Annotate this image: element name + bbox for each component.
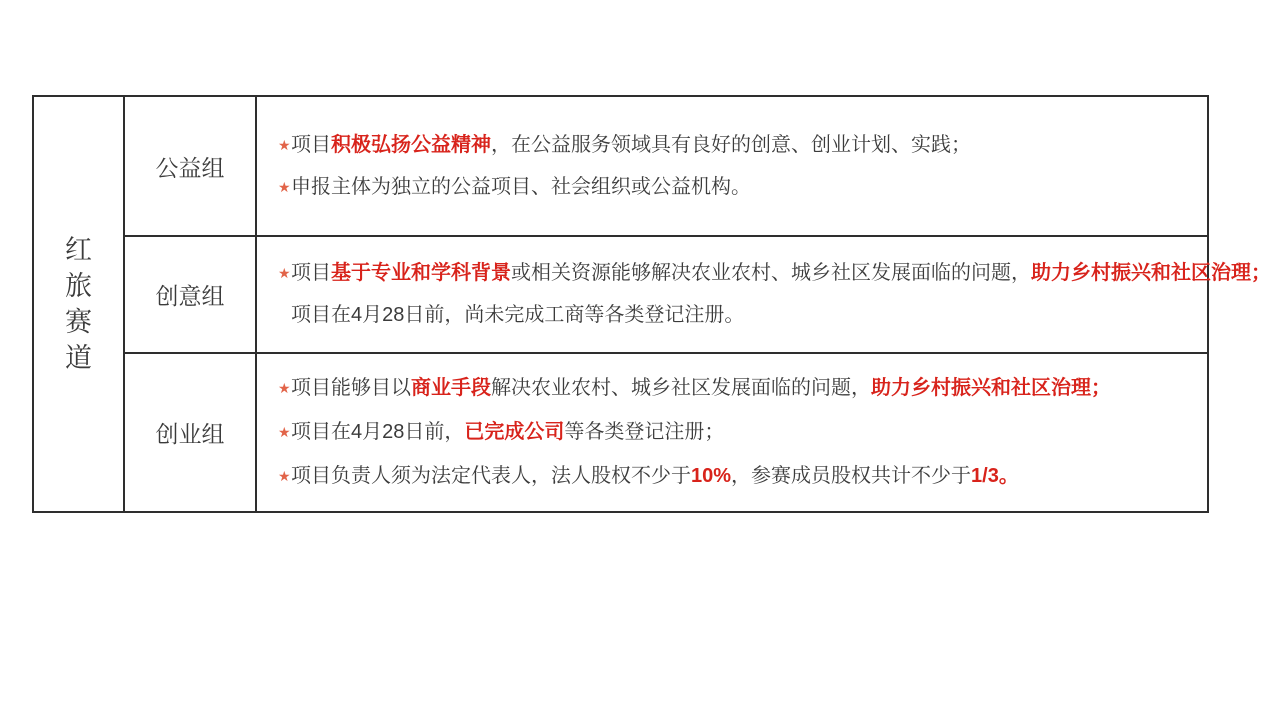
star-icon: ★: [278, 377, 291, 400]
track-char: 赛: [65, 308, 92, 336]
text-segment: 项目: [291, 262, 331, 284]
text-segment: 或相关资源能够解决农业农村、城乡社区发展面临的问题，: [511, 262, 1031, 284]
criteria-line: ★申报主体为独立的公益项目、社会组织或公益机构。: [278, 176, 1195, 199]
table-row: 红 旅 赛 道 公益组 ★项目积极弘扬公益精神，在公益服务领域具有良好的创意、创…: [33, 96, 1208, 236]
table-row: 创业组 ★项目能够目以商业手段解决农业农村、城乡社区发展面临的问题，助力乡村振兴…: [33, 353, 1208, 512]
text-segment: 项目在4月28日前，: [291, 421, 464, 443]
text-segment: 项目负责人须为法定代表人，法人股权不少于: [291, 465, 691, 487]
text-segment: 项目: [291, 134, 331, 156]
criteria-cell-chuangyi: ★项目基于专业和学科背景或相关资源能够解决农业农村、城乡社区发展面临的问题，助力…: [256, 236, 1208, 353]
highlight-segment: 积极弘扬公益精神: [331, 134, 491, 156]
track-char: 红: [65, 236, 92, 264]
criteria-list: ★项目基于专业和学科背景或相关资源能够解决农业农村、城乡社区发展面临的问题，助力…: [278, 262, 1195, 327]
star-icon: ★: [278, 134, 291, 157]
text-segment: 项目在4月28日前，尚未完成工商等各类登记注册。: [291, 304, 744, 326]
criteria-line: ★项目积极弘扬公益精神，在公益服务领域具有良好的创意、创业计划、实践；: [278, 134, 1195, 157]
group-label: 公益组: [156, 155, 225, 181]
star-icon: ★: [278, 176, 291, 199]
track-rules-table: 红 旅 赛 道 公益组 ★项目积极弘扬公益精神，在公益服务领域具有良好的创意、创…: [32, 95, 1209, 513]
criteria-line: ★项目能够目以商业手段解决农业农村、城乡社区发展面临的问题，助力乡村振兴和社区治…: [278, 377, 1195, 400]
star-icon: ★: [278, 262, 291, 285]
criteria-cell-gongyi: ★项目积极弘扬公益精神，在公益服务领域具有良好的创意、创业计划、实践； ★申报主…: [256, 96, 1208, 236]
group-label: 创业组: [156, 421, 225, 447]
criteria-line: ★项目在4月28日前，已完成公司等各类登记注册；: [278, 421, 1195, 444]
group-cell-chuangyi: 创意组: [124, 236, 256, 353]
highlight-segment: 商业手段: [411, 377, 491, 399]
criteria-line: 项目在4月28日前，尚未完成工商等各类登记注册。: [278, 304, 1195, 327]
page-canvas: 红 旅 赛 道 公益组 ★项目积极弘扬公益精神，在公益服务领域具有良好的创意、创…: [0, 0, 1271, 715]
track-name-vertical: 红 旅 赛 道: [34, 236, 123, 372]
text-segment: ，在公益服务领域具有良好的创意、创业计划、实践；: [491, 134, 971, 156]
group-label: 创意组: [156, 283, 225, 309]
criteria-cell-chuangye: ★项目能够目以商业手段解决农业农村、城乡社区发展面临的问题，助力乡村振兴和社区治…: [256, 353, 1208, 512]
highlight-segment: 已完成公司: [464, 421, 564, 443]
text-segment: 等各类登记注册；: [564, 421, 724, 443]
criteria-line: ★项目基于专业和学科背景或相关资源能够解决农业农村、城乡社区发展面临的问题，助力…: [278, 262, 1195, 285]
highlight-segment: 助力乡村振兴和社区治理；: [871, 377, 1111, 399]
track-char: 道: [65, 344, 92, 372]
table-row: 创意组 ★项目基于专业和学科背景或相关资源能够解决农业农村、城乡社区发展面临的问…: [33, 236, 1208, 353]
criteria-line: ★项目负责人须为法定代表人，法人股权不少于10%，参赛成员股权共计不少于1/3。: [278, 465, 1195, 488]
group-cell-chuangye: 创业组: [124, 353, 256, 512]
highlight-segment: 1/3。: [971, 465, 1019, 487]
track-name-cell: 红 旅 赛 道: [33, 96, 124, 512]
star-icon: ★: [278, 421, 291, 444]
text-segment: ，参赛成员股权共计不少于: [731, 465, 971, 487]
text-segment: 项目能够目以: [291, 377, 411, 399]
highlight-segment: 10%: [691, 465, 731, 487]
group-cell-gongyi: 公益组: [124, 96, 256, 236]
text-segment: 申报主体为独立的公益项目、社会组织或公益机构。: [291, 176, 751, 198]
star-icon: ★: [278, 465, 291, 488]
highlight-segment: 基于专业和学科背景: [331, 262, 511, 284]
highlight-segment: 助力乡村振兴和社区治理；: [1031, 262, 1271, 284]
criteria-list: ★项目能够目以商业手段解决农业农村、城乡社区发展面临的问题，助力乡村振兴和社区治…: [278, 377, 1195, 488]
track-char: 旅: [65, 272, 92, 300]
criteria-list: ★项目积极弘扬公益精神，在公益服务领域具有良好的创意、创业计划、实践； ★申报主…: [278, 134, 1195, 199]
text-segment: 解决农业农村、城乡社区发展面临的问题，: [491, 377, 871, 399]
